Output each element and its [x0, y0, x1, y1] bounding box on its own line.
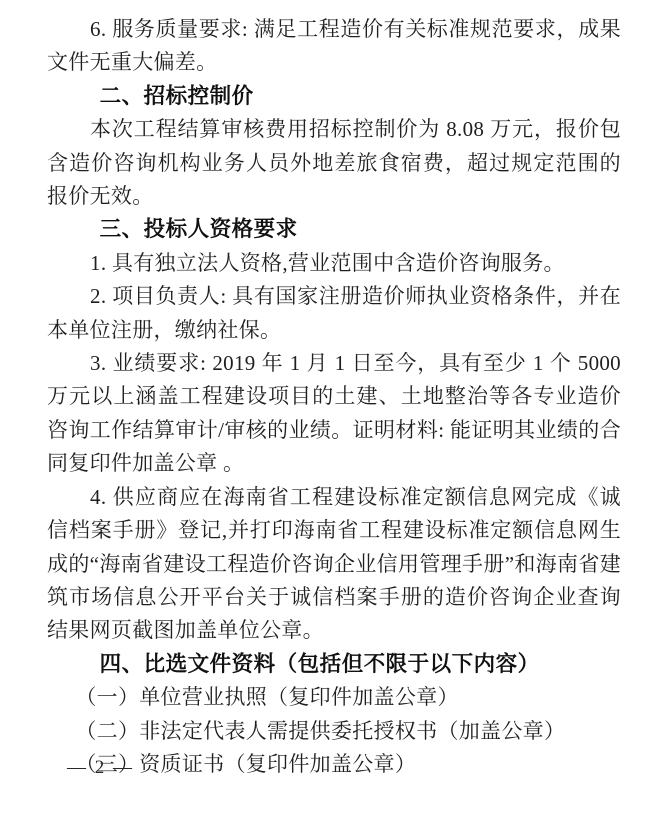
section-heading-bidder-qualification: 三、投标人资格要求 — [47, 213, 621, 246]
document-body: 6. 服务质量要求: 满足工程造价有关标准规范要求，成果文件无重大偏差。 二、招… — [47, 13, 621, 781]
page-number: — 2 — — [67, 756, 134, 780]
paragraph-qualification-item-3: 3. 业绩要求: 2019 年 1 月 1 日至今，具有至少 1 个 5000 … — [47, 347, 621, 481]
paragraph-control-price-detail: 本次工程结算审核费用招标控制价为 8.08 万元，报价包含造价咨询机构业务人员外… — [47, 113, 621, 213]
list-item-business-license: （一）单位营业执照（复印件加盖公章） — [47, 681, 621, 714]
paragraph-qualification-item-4: 4. 供应商应在海南省工程建设标准定额信息网完成《诚信档案手册》登记,并打印海南… — [47, 481, 621, 648]
list-item-authorization-letter: （二）非法定代表人需提供委托授权书（加盖公章） — [47, 715, 621, 748]
section-heading-comparison-documents: 四、比选文件资料（包括但不限于以下内容） — [47, 648, 621, 681]
section-heading-bid-control-price: 二、招标控制价 — [47, 80, 621, 113]
paragraph-qualification-item-2: 2. 项目负责人: 具有国家注册造价师执业资格条件，并在本单位注册，缴纳社保。 — [47, 280, 621, 347]
paragraph-qualification-item-1: 1. 具有独立法人资格,营业范围中含造价咨询服务。 — [47, 247, 621, 280]
paragraph-service-quality-requirement: 6. 服务质量要求: 满足工程造价有关标准规范要求，成果文件无重大偏差。 — [47, 13, 621, 80]
document-page: 6. 服务质量要求: 满足工程造价有关标准规范要求，成果文件无重大偏差。 二、招… — [0, 0, 666, 818]
